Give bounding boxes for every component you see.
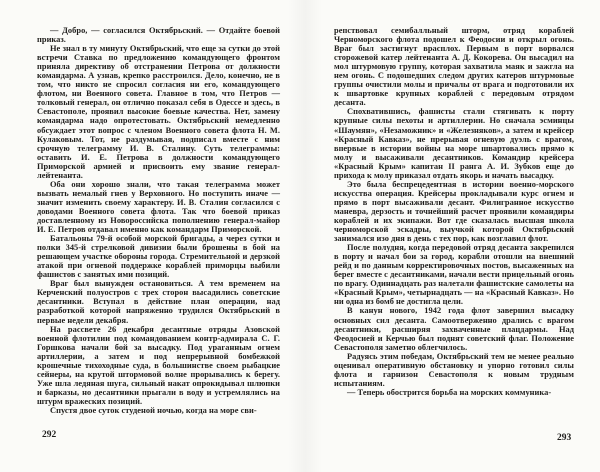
paragraph: На рассвете 26 декабря десантные отряды …: [37, 325, 280, 406]
paragraph: После полудня, когда передовой отряд дес…: [334, 243, 574, 306]
paragraph: Оба они хорошо знали, что такая телеграм…: [37, 180, 280, 234]
book-page-right: репствовал семибалльный шторм, отряд кор…: [334, 26, 574, 397]
paragraph: Радуясь этим победам, Октябрьский тем не…: [334, 352, 574, 388]
page-number-left: 292: [42, 430, 56, 440]
paragraph: Батальоны 79-й особой морской бригады, а…: [37, 234, 280, 279]
paragraph: Это была беспрецедентная в истории военн…: [334, 180, 574, 243]
paragraph: Спохватившись, фашисты стали стягивать к…: [334, 107, 574, 179]
paragraph: Не знал в ту минуту Октябрьский, что еще…: [37, 44, 280, 180]
page-gutter-shadow: [288, 0, 322, 472]
paragraph: В канун нового, 1942 года флот завершил …: [334, 306, 574, 351]
paragraph: репствовал семибалльный шторм, отряд кор…: [334, 26, 574, 107]
paragraph: — Добро, — согласился Октябрьский. — Отд…: [37, 26, 280, 44]
paragraph: Враг был вынужден остановиться. А тем вр…: [37, 279, 280, 324]
book-page-left: — Добро, — согласился Октябрьский. — Отд…: [37, 26, 280, 415]
paragraph: Спустя двое суток студеной ночью, когда …: [37, 406, 280, 415]
paragraph: — Теперь обострится борьба на морских ко…: [334, 388, 574, 397]
page-number-right: 293: [557, 433, 571, 443]
